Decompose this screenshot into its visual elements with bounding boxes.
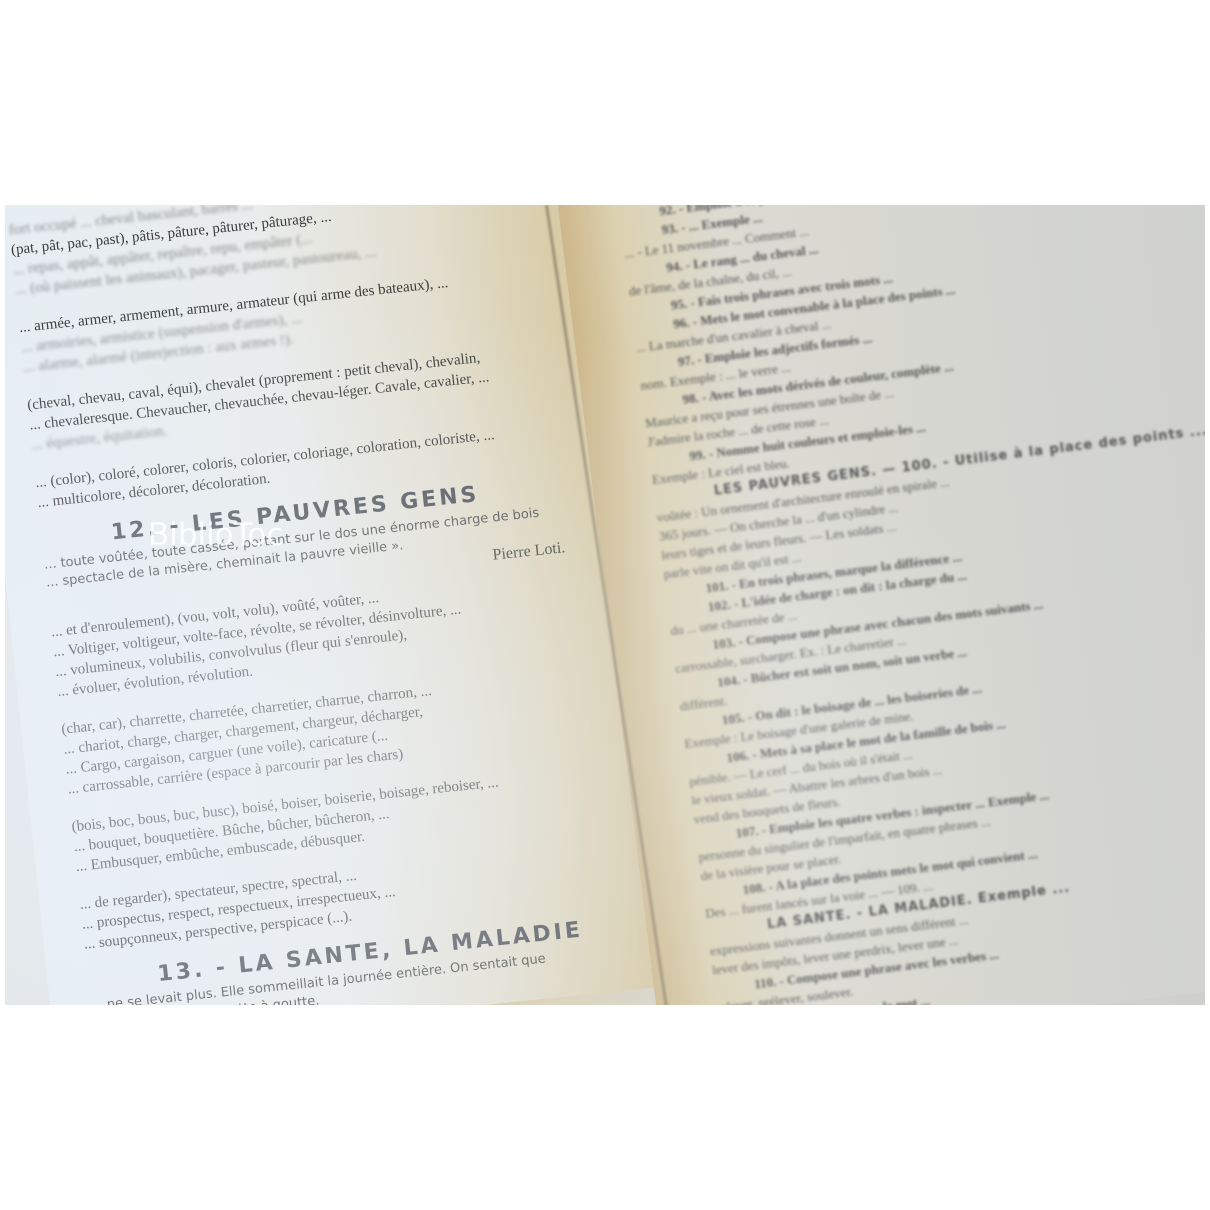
right-page-text: ... Quelle ...92. - Emploie à la place .… bbox=[616, 205, 1205, 1005]
right-page: ... Quelle ...92. - Emploie à la place .… bbox=[553, 205, 1205, 1005]
watermark-logo: BiblioToc bbox=[148, 517, 283, 553]
book-photo: fort occupé ... cheval basculant, barres… bbox=[5, 205, 1205, 1005]
